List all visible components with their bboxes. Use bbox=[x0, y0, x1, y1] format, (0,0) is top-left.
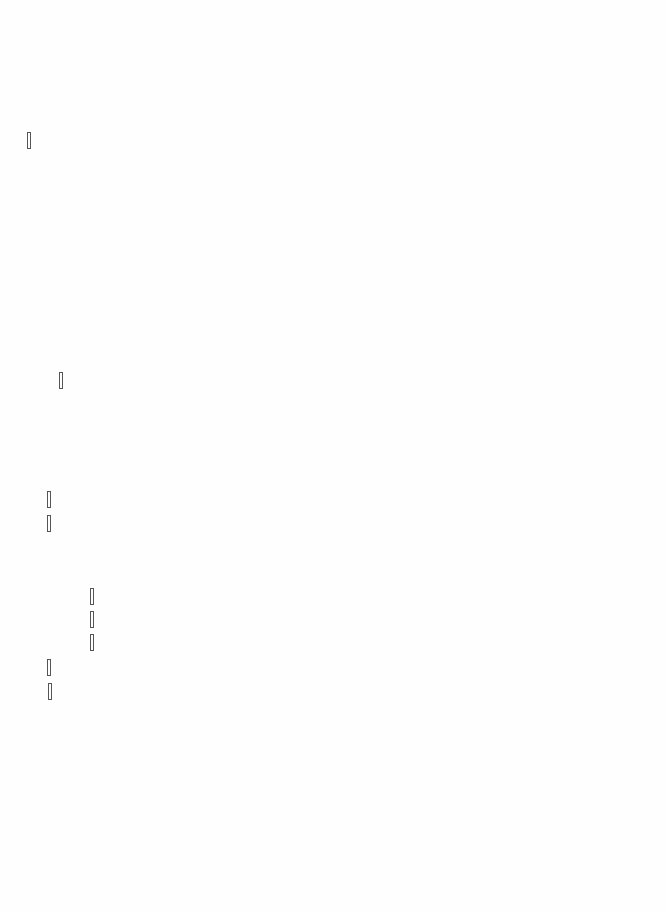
section-5-item-1 bbox=[27, 420, 47, 436]
intro-line-1 bbox=[27, 133, 31, 149]
section-6-item-3 bbox=[27, 709, 47, 725]
brand-box bbox=[59, 372, 63, 389]
boxed-text bbox=[48, 683, 52, 700]
section-6-sub-1 bbox=[56, 589, 94, 605]
section-5-item-2 bbox=[27, 444, 47, 460]
section-4-brand bbox=[59, 373, 63, 389]
boxed-text bbox=[90, 611, 94, 628]
section-5-item-4 bbox=[27, 516, 51, 532]
section-6-sub-2 bbox=[56, 612, 94, 628]
vaccination-date-highlight bbox=[27, 132, 31, 149]
boxed-text bbox=[47, 659, 51, 676]
notice-document bbox=[0, 0, 667, 913]
section-6-sub-3 bbox=[56, 635, 94, 651]
boxed-text bbox=[90, 634, 94, 651]
boxed-text bbox=[47, 515, 51, 532]
section-6-item-2-cont bbox=[48, 684, 52, 700]
section-5-item-3 bbox=[27, 492, 51, 508]
section-6-item-2 bbox=[27, 660, 51, 676]
boxed-text bbox=[90, 588, 94, 605]
section-6-item-1 bbox=[27, 565, 47, 581]
boxed-text bbox=[47, 491, 51, 508]
